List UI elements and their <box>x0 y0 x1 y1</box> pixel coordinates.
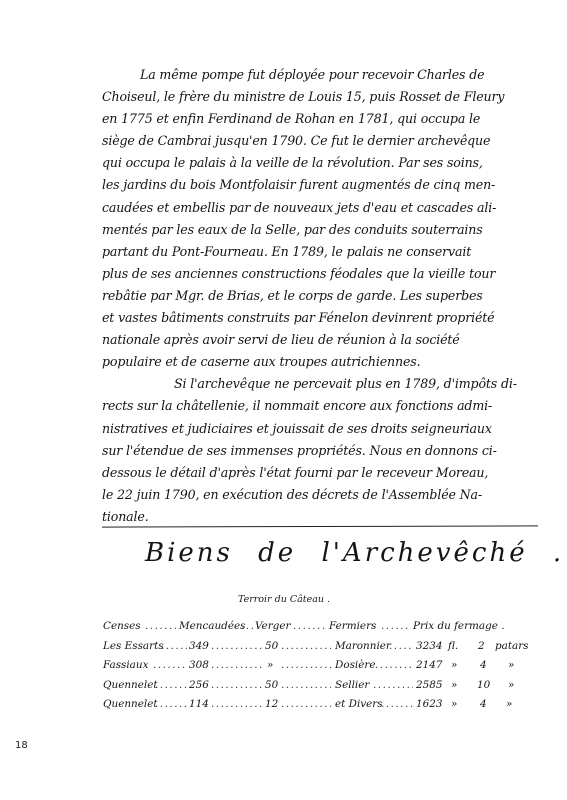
leader-dots: .......... <box>381 698 413 710</box>
cell-cense: Fassiaux <box>103 659 148 671</box>
cell-unit2: » <box>508 679 514 691</box>
text-line: Choiseul, le frère du ministre de Louis … <box>102 86 522 108</box>
leader-dots: .................. <box>211 659 263 671</box>
table-row: Quennelet ............ 256 .............… <box>103 679 543 699</box>
leader-dots: .................. <box>211 640 263 652</box>
cell-num2: 10 <box>477 679 490 691</box>
document-page: La même pompe fut déployée pour recevoir… <box>0 0 567 800</box>
leader-dots: ............ <box>155 679 187 691</box>
leader-dots: ...... <box>241 620 255 632</box>
text-line: nistratives et judiciaires et jouissait … <box>102 418 522 440</box>
text-line: siège de Cambrai jusqu'en 1790. Ce fut l… <box>102 130 522 152</box>
text-line: partant du Pont-Fourneau. En 1789, le pa… <box>102 241 522 263</box>
text-line: dessous le détail d'après l'état fourni … <box>102 462 522 484</box>
leader-dots: .................. <box>211 679 263 691</box>
text-line: les jardins du bois Montfolaisir furent … <box>102 174 522 196</box>
text-line: et vastes bâtiments construits par Fénel… <box>102 307 522 329</box>
table-row: Les Essarts .......... 349 .............… <box>103 640 543 660</box>
leader-dots: .......... <box>381 620 411 632</box>
text-line: caudées et embellis par de nouveaux jets… <box>102 197 522 219</box>
cell-mencaudees: 114 <box>189 698 209 710</box>
cell-unit: » <box>451 698 457 710</box>
header-mencaudees: Mencaudées <box>179 620 245 632</box>
table-header-row: Censes .......... Mencaudées ...... Verg… <box>103 620 543 640</box>
text-line: le 22 juin 1790, en exécution des décret… <box>102 484 522 506</box>
text-line: nationale après avoir servi de lieu de r… <box>102 329 522 351</box>
cell-mencaudees: 256 <box>189 679 209 691</box>
leader-dots: .......... <box>293 620 327 632</box>
cell-unit: fl. <box>448 640 458 652</box>
page-number: 18 <box>15 740 28 751</box>
cell-fermier: et Divers <box>335 698 383 710</box>
leader-dots: ............ <box>153 659 187 671</box>
leader-dots: .......... <box>145 620 177 632</box>
cell-num2: 4 <box>480 659 487 671</box>
leader-dots: .................. <box>211 698 263 710</box>
leader-dots: .................. <box>281 679 331 691</box>
leader-dots: .......... <box>389 640 413 652</box>
cell-fermier: Maronnier <box>335 640 391 652</box>
leader-dots: .............. <box>373 679 413 691</box>
leader-dots: .................. <box>281 659 331 671</box>
cell-verger: 12 <box>265 698 278 710</box>
cell-cense: Les Essarts <box>103 640 164 652</box>
cell-prix: 2147 <box>416 659 442 671</box>
header-prix: Prix du fermage . <box>413 620 505 632</box>
cell-mencaudees: 308 <box>189 659 209 671</box>
cell-verger: » <box>267 659 273 671</box>
text-line: Si l'archevêque ne percevait plus en 178… <box>102 373 522 395</box>
cell-fermier: Dosière <box>335 659 376 671</box>
cell-cense: Quennelet <box>103 698 158 710</box>
cell-num2: 4 <box>480 698 487 710</box>
leader-dots: ............ <box>375 659 413 671</box>
cell-unit2: patars <box>495 640 529 652</box>
property-table: Censes .......... Mencaudées ...... Verg… <box>103 620 543 718</box>
cell-unit: » <box>451 659 457 671</box>
text-line: qui occupa le palais à la veille de la r… <box>102 152 522 174</box>
text-line: populaire et de caserne aux troupes autr… <box>102 351 522 373</box>
header-verger: Verger <box>255 620 290 632</box>
cell-unit2: » <box>506 698 512 710</box>
section-heading: Biens de l'Archevêché . <box>145 538 564 568</box>
table-row: Fassiaux ............ 308 ..............… <box>103 659 543 679</box>
header-fermiers: Fermiers <box>329 620 376 632</box>
cell-verger: 50 <box>265 640 278 652</box>
cell-prix: 1623 <box>416 698 442 710</box>
leader-dots: ............ <box>155 698 187 710</box>
cell-unit: » <box>451 679 457 691</box>
cell-verger: 50 <box>265 679 278 691</box>
cell-prix: 3234 <box>416 640 442 652</box>
body-text: La même pompe fut déployée pour recevoir… <box>102 64 522 528</box>
text-line: La même pompe fut déployée pour recevoir… <box>102 64 522 86</box>
section-subheading: Terroir du Câteau . <box>238 594 330 605</box>
cell-unit2: » <box>508 659 514 671</box>
header-censes: Censes <box>103 620 141 632</box>
text-line: sur l'étendue de ses immenses propriétés… <box>102 440 522 462</box>
leader-dots: .......... <box>161 640 187 652</box>
text-line: rects sur la châtellenie, il nommait enc… <box>102 395 522 417</box>
text-line: mentés par les eaux de la Selle, par des… <box>102 219 522 241</box>
cell-cense: Quennelet <box>103 679 158 691</box>
cell-fermier: Sellier <box>335 679 369 691</box>
text-line: rebâtie par Mgr. de Brias, et le corps d… <box>102 285 522 307</box>
cell-mencaudees: 349 <box>189 640 209 652</box>
text-line: en 1775 et enfin Ferdinand de Rohan en 1… <box>102 108 522 130</box>
text-line: plus de ses anciennes constructions féod… <box>102 263 522 285</box>
table-row: Quennelet ............ 114 .............… <box>103 698 543 718</box>
cell-prix: 2585 <box>416 679 442 691</box>
cell-num2: 2 <box>478 640 485 652</box>
leader-dots: .................. <box>281 698 331 710</box>
leader-dots: .................. <box>281 640 331 652</box>
